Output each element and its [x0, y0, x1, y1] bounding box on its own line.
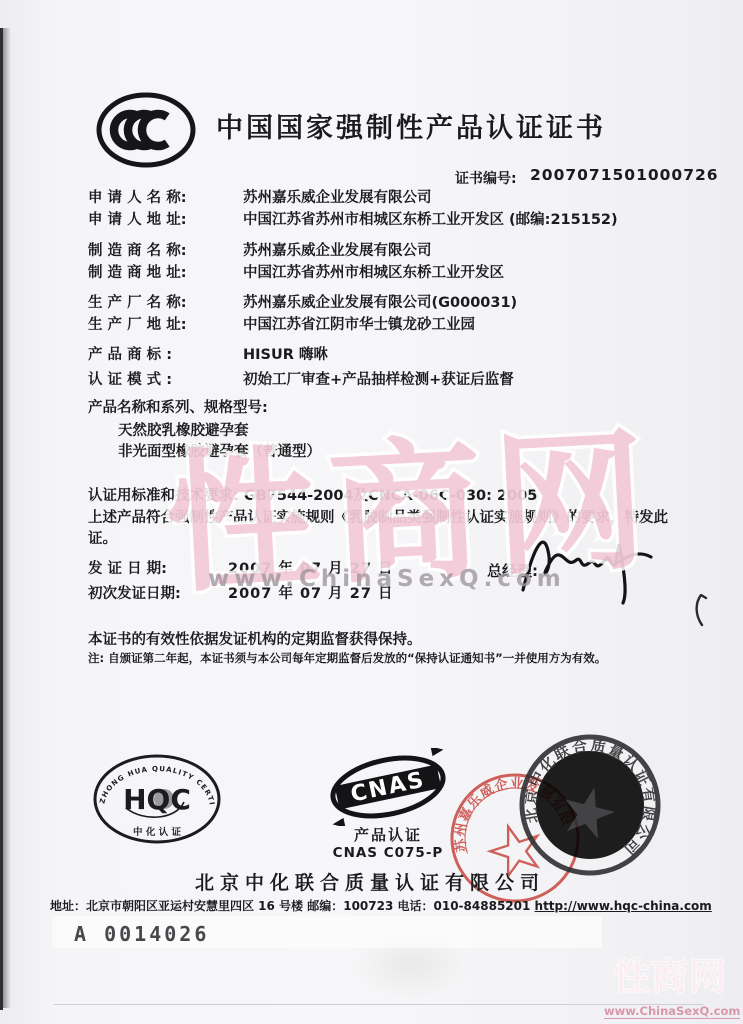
- product-item-1: 天然胶乳橡胶避孕套: [118, 419, 249, 440]
- manufacturer-address-label: 制 造 商 地 址:: [88, 261, 187, 282]
- certification-mode-value: 初始工厂审查+产品抽样检测+获证后监督: [243, 368, 514, 389]
- general-manager-signature: [515, 526, 660, 611]
- applicant-address-label: 申 请 人 地 址:: [88, 208, 187, 229]
- factory-name-value: 苏州嘉乐威企业发展有限公司(G000031): [243, 291, 517, 312]
- pen-hook-mark: [692, 594, 710, 628]
- applicant-name-label: 申 请 人 名 称:: [88, 186, 187, 207]
- first-issue-date-value: 2007 年 07 月 27 日: [228, 582, 393, 603]
- black-issuer-seal: 北京中化联合质量认证有限公司: [515, 730, 665, 880]
- cert-number-label: 证书编号:: [455, 168, 517, 188]
- site-logo-name: 性商网: [604, 946, 736, 1000]
- red-seal-text: 苏州嘉乐威企业发展有限公司: [444, 763, 576, 867]
- first-issue-date-label: 初次发证日期:: [88, 582, 181, 603]
- trademark-label: 产 品 商 标 :: [88, 343, 172, 364]
- svg-text:苏州嘉乐威企业发展有限公司: 苏州嘉乐威企业发展有限公司: [444, 763, 576, 867]
- issue-date-label: 发 证 日 期:: [88, 557, 167, 578]
- cnas-code: CNAS C075-P: [318, 845, 458, 861]
- certification-mode-label: 认 证 模 式 :: [88, 368, 172, 389]
- issuer-address-line: 地址：北京市朝阳区亚运村安慧里四区 16 号楼 邮编：100723 电话：010…: [50, 897, 693, 914]
- issuer-address: 地址：北京市朝阳区亚运村安慧里四区 16 号楼 邮编：100723 电话：010…: [50, 899, 530, 913]
- ccc-mark-icon: [90, 88, 202, 172]
- black-seal-text: 北京中化联合质量认证有限公司: [515, 730, 665, 863]
- cnas-cert-type: 产品认证: [318, 824, 458, 845]
- hqc-center-text: HQC: [123, 783, 191, 816]
- hqc-bottom-text: 中 化 认 证: [133, 826, 181, 838]
- applicant-address-value: 中国江苏省苏州市相城区东桥工业开发区 (邮编:215152): [243, 208, 618, 229]
- serial-number: A 0014026: [74, 922, 209, 946]
- certificate-title: 中国国家强制性产品认证证书: [216, 106, 606, 145]
- cnas-name-text: CNAS: [349, 767, 428, 807]
- factory-address-label: 生 产 厂 地 址:: [88, 313, 187, 334]
- validity-statement: 本证书的有效性依据发证机构的定期监督获得保持。: [88, 628, 422, 649]
- hqc-logo: ZHONG HUA QUALITY CERTIFICATION HQC 中 化 …: [88, 750, 226, 848]
- scan-left-edge-line: [0, 28, 3, 1010]
- svg-text:北京中化联合质量认证有限公司: 北京中化联合质量认证有限公司: [515, 730, 665, 863]
- certificate-scan: 中国国家强制性产品认证证书 证书编号: 2007071501000726 申 请…: [0, 0, 743, 1024]
- cnas-logo: CNAS: [318, 748, 458, 826]
- product-item-2: 非光面型橡胶避孕套（普通型）: [118, 440, 321, 461]
- manufacturer-name-label: 制 造 商 名 称:: [88, 239, 187, 260]
- trademark-value: HISUR 嗨咻: [243, 343, 328, 364]
- factory-name-label: 生 产 厂 名 称:: [88, 291, 187, 312]
- note-line: 注: 自颁证第二年起，本证书须与本公司每年定期监督后发放的“保持认证通知书”一并…: [88, 650, 606, 666]
- standards-line: 认证用标准和技术要求: GB7544-2004及CNCA-06C-030: 20…: [88, 484, 537, 505]
- factory-address-value: 中国江苏省江阴市华士镇龙砂工业园: [243, 313, 475, 334]
- issue-date-value: 2007 年 07 月 27 日: [228, 557, 393, 578]
- site-logo: 性商网 www.ChinaSexQ.com: [604, 946, 736, 1019]
- manufacturer-address-value: 中国江苏省苏州市相城区东桥工业开发区: [243, 261, 504, 282]
- applicant-name-value: 苏州嘉乐威企业发展有限公司: [243, 186, 432, 207]
- issuer-url-link[interactable]: http://www.hqc-china.com: [535, 899, 712, 913]
- site-logo-url-link[interactable]: www.ChinaSexQ.com: [604, 1004, 740, 1019]
- product-section-title: 产品名称和系列、规格型号:: [88, 396, 268, 417]
- issuer-name: 北京中化联合质量认证有限公司: [140, 868, 600, 895]
- cert-number-value: 2007071501000726: [530, 166, 719, 184]
- manufacturer-name-value: 苏州嘉乐威企业发展有限公司: [243, 239, 432, 260]
